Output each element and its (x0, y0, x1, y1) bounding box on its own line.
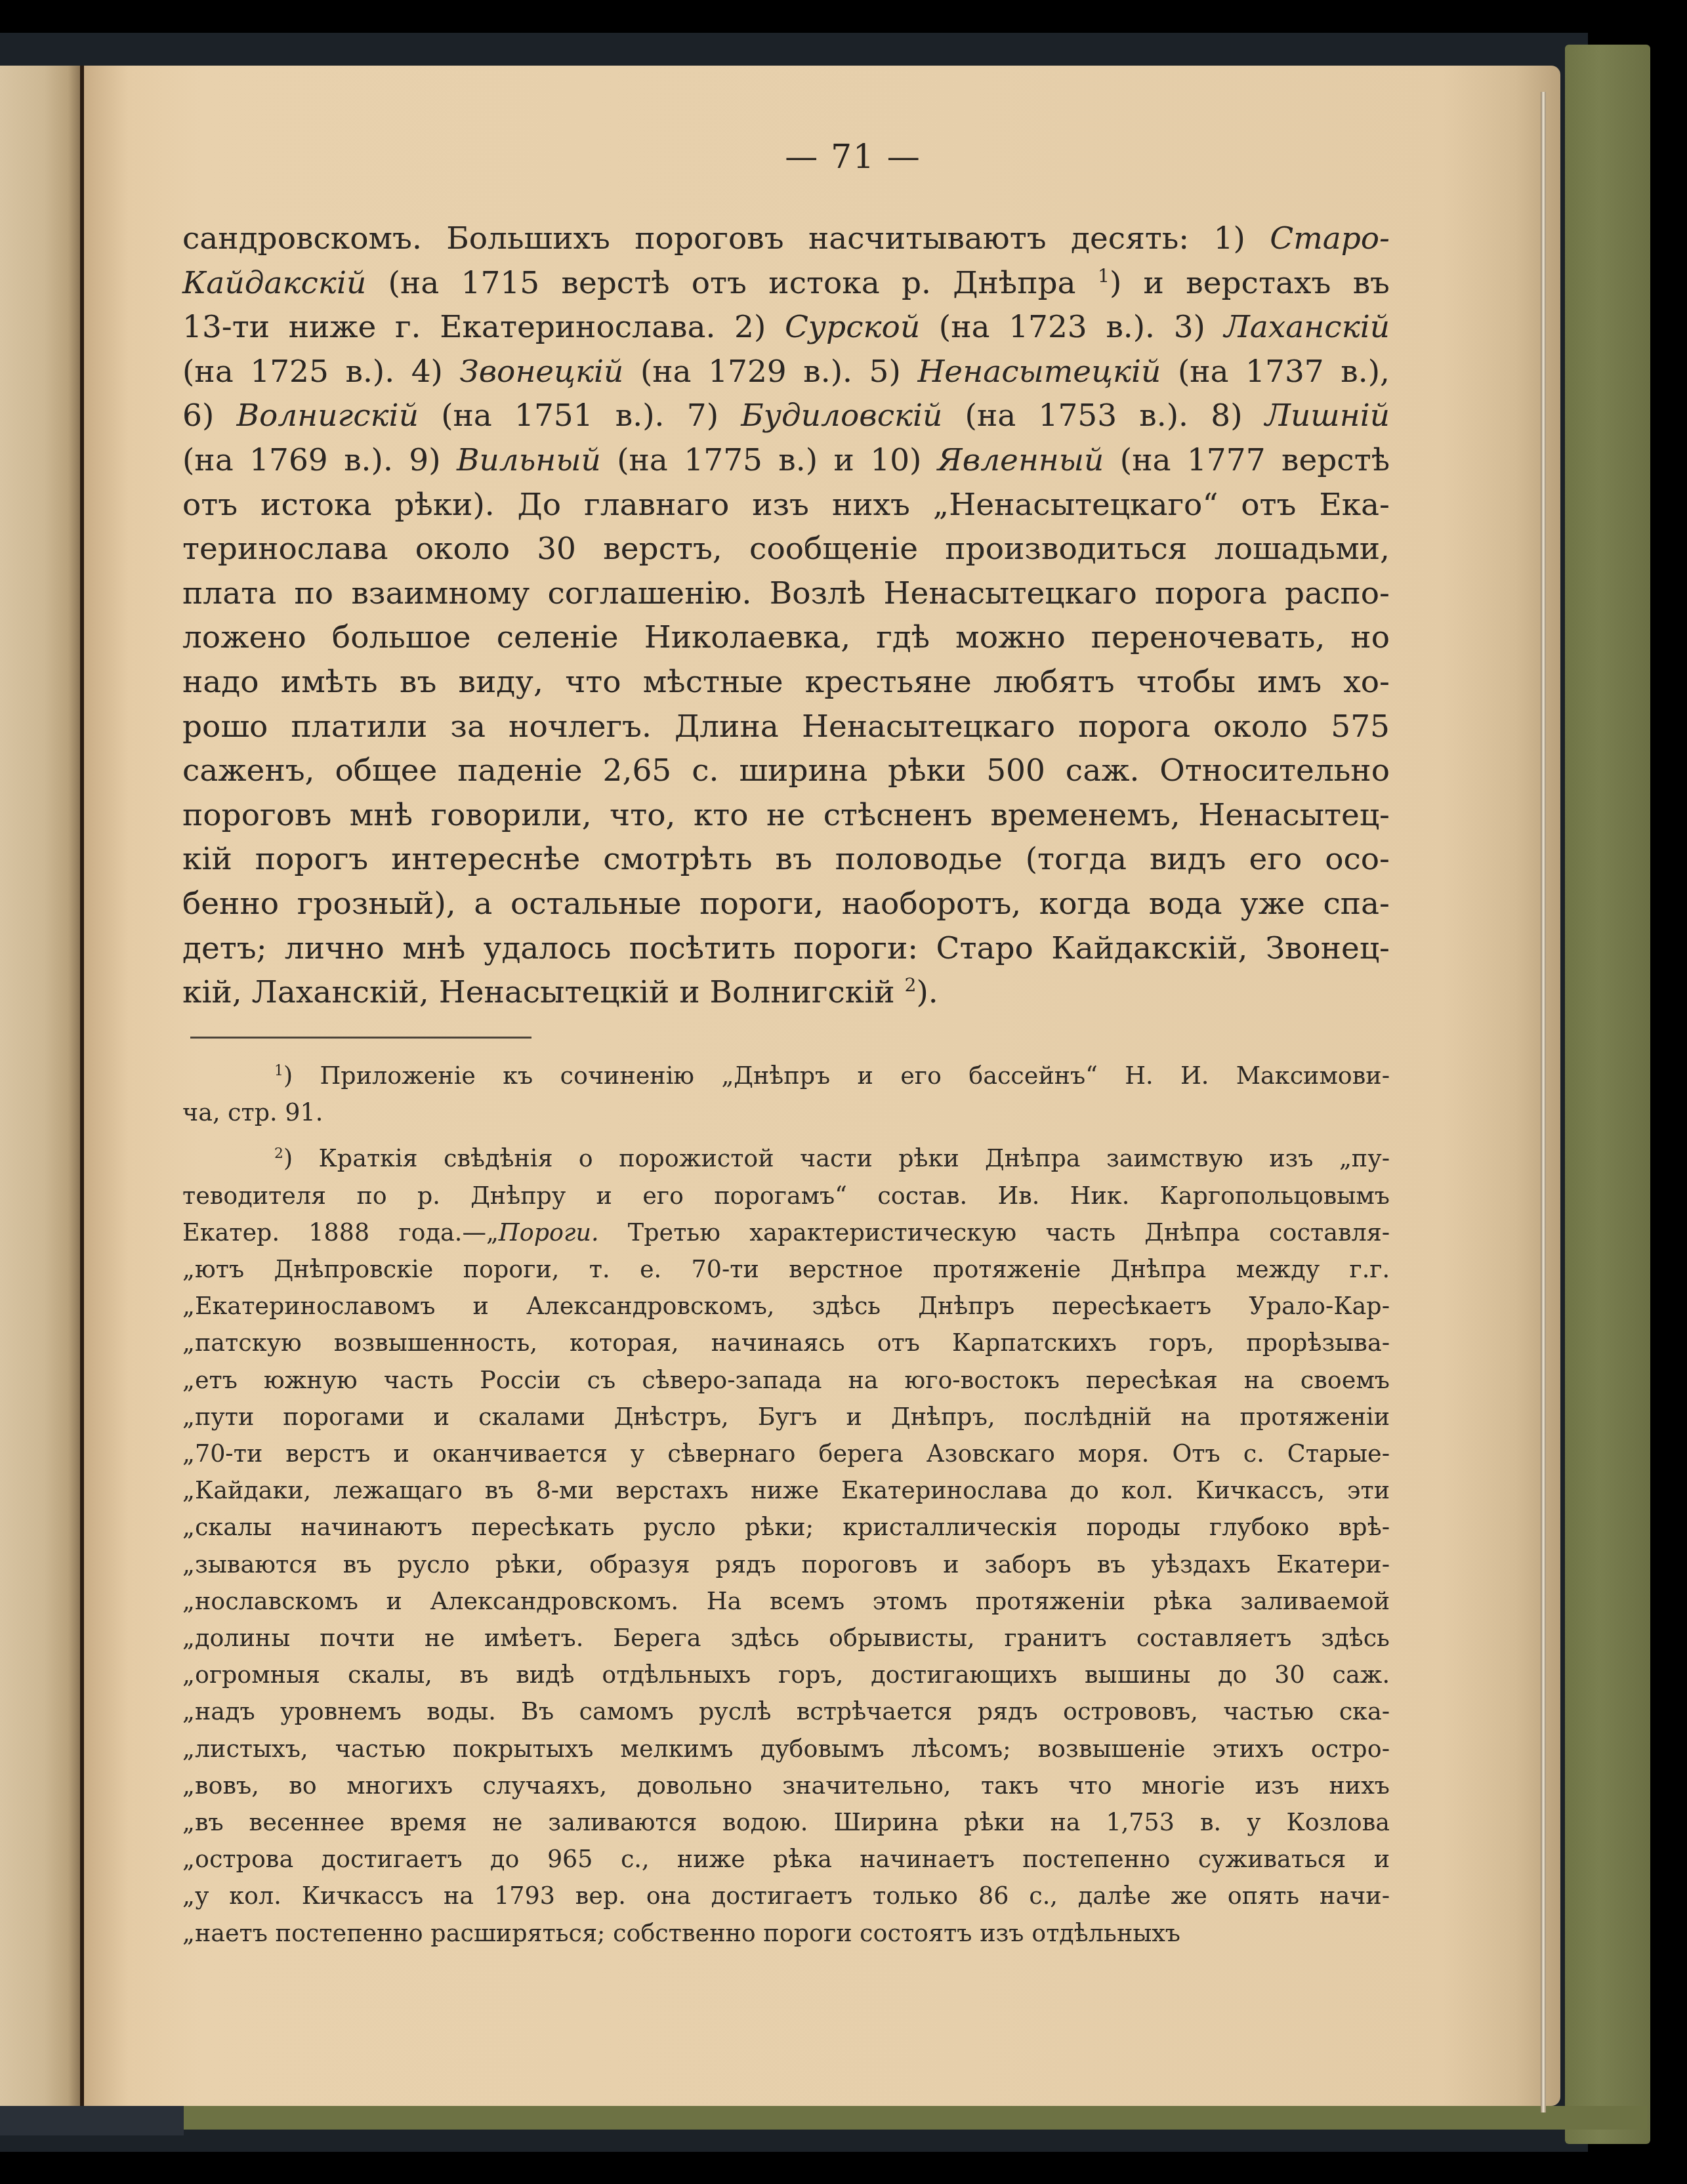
text-run: „вовъ, во многихъ случаяхъ, довольно зна… (182, 1771, 1390, 1800)
text-run: пороговъ мнѣ говорили, что, кто не стѣсн… (182, 797, 1390, 833)
text-run: ) Приложеніе къ сочиненію „Днѣпръ и его … (283, 1061, 1390, 1090)
text-run: теводителя по р. Днѣпру и его порогамъ“ … (182, 1182, 1390, 1210)
text-line: саженъ, общее паденіе 2,65 с. ширина рѣк… (182, 749, 1390, 793)
text-run: „патскую возвышенность, которая, начиная… (182, 1329, 1390, 1357)
text-run: (на 1725 в.). 4) (182, 354, 459, 390)
footnote-line: „нославскомъ и Александровскомъ. На всем… (182, 1583, 1390, 1620)
text-run: „наетъ постепенно расширяться; собственн… (182, 1919, 1180, 1947)
text-run: кій порогъ интереснѣе смотрѣть въ полово… (182, 841, 1390, 877)
text-line: 6) Волнигскій (на 1751 в.). 7) Будиловск… (182, 394, 1390, 438)
text-run: плата по взаимному соглашенію. Возлѣ Нен… (182, 575, 1390, 611)
italic-term: Будиловскій (741, 398, 942, 434)
text-run: „долины почти не имѣетъ. Берега здѣсь об… (182, 1624, 1390, 1652)
text-run: „у кол. Кичкассъ на 1793 вер. она достиг… (182, 1882, 1390, 1910)
footnote-line: „вовъ, во многихъ случаяхъ, довольно зна… (182, 1767, 1390, 1804)
text-run: „нославскомъ и Александровскомъ. На всем… (182, 1587, 1390, 1615)
footnote-line: ча, стр. 91. (182, 1094, 1390, 1131)
text-run: „въ весеннее время не заливаются водою. … (182, 1808, 1390, 1836)
text-run: рошо платили за ночлегъ. Длина Ненасытец… (182, 709, 1390, 745)
text-run: „острова достигаетъ до 965 с., ниже рѣка… (182, 1845, 1390, 1873)
text-run: „етъ южную часть Россіи съ сѣверо-запада… (182, 1366, 1390, 1394)
text-line: надо имѣть въ виду, что мѣстные крестьян… (182, 660, 1390, 705)
text-run: Екатер. 1888 года.—„ (182, 1218, 499, 1247)
text-line: бенно грозный), а остальные пороги, наоб… (182, 882, 1390, 926)
footnote-line: 2) Краткія свѣдѣнія о порожистой части р… (274, 1140, 1390, 1177)
text-line: сандровскомъ. Большихъ пороговъ насчитыв… (182, 216, 1390, 261)
text-run: 6) (182, 398, 236, 434)
footnote-marker: 2 (274, 1145, 283, 1162)
text-run: (на 1775 в.) и 10) (601, 442, 938, 478)
footnote-line: теводителя по р. Днѣпру и его порогамъ“ … (182, 1178, 1390, 1214)
italic-term: Пороги. (499, 1218, 599, 1247)
italic-term: Ненасытецкій (917, 354, 1161, 390)
text-run: „Екатеринославомъ и Александровскомъ, зд… (182, 1292, 1390, 1320)
text-line: рошо платили за ночлегъ. Длина Ненасытец… (182, 705, 1390, 749)
text-run: (на 1753 в.). 8) (942, 398, 1264, 434)
text-run: „надъ уровнемъ воды. Въ самомъ руслѣ вст… (182, 1697, 1390, 1725)
footnote-marker: 2 (904, 975, 916, 997)
text-line: плата по взаимному соглашенію. Возлѣ Нен… (182, 571, 1390, 616)
text-run: „Кайдаки, лежащаго въ 8-ми верстахъ ниже… (182, 1476, 1390, 1504)
text-run: саженъ, общее паденіе 2,65 с. ширина рѣк… (182, 752, 1390, 789)
footnote-line: „70-ти верстъ и оканчивается у сѣвернаго… (182, 1435, 1390, 1472)
italic-term: Звонецкій (459, 354, 623, 390)
footnote-line: „въ весеннее время не заливаются водою. … (182, 1804, 1390, 1841)
footnote-line: „наетъ постепенно расширяться; собственн… (182, 1915, 1390, 1952)
text-line: (на 1769 в.). 9) Вильный (на 1775 в.) и … (182, 438, 1390, 483)
page-content: — 71 — сандровскомъ. Большихъ пороговъ н… (0, 0, 1687, 2184)
text-line: ложено большое селеніе Николаевка, гдѣ м… (182, 615, 1390, 660)
text-line: 13-ти ниже г. Екатеринослава. 2) Сурской… (182, 305, 1390, 350)
text-line: пороговъ мнѣ говорили, что, кто не стѣсн… (182, 793, 1390, 838)
footnote-marker: 1 (1098, 265, 1110, 287)
text-run: (на 1737 в.), (1161, 354, 1390, 390)
italic-term: Волнигскій (236, 398, 418, 434)
footnote-line: „надъ уровнемъ воды. Въ самомъ руслѣ вст… (182, 1693, 1390, 1730)
text-run: (на 1769 в.). 9) (182, 442, 457, 478)
italic-term: Лаханскій (1224, 309, 1390, 345)
text-run: „ютъ Днѣпровскіе пороги, т. е. 70-ти вер… (182, 1255, 1390, 1283)
text-run: теринослава около 30 верстъ, сообщеніе п… (182, 531, 1390, 567)
text-run: „огромныя скалы, въ видѣ отдѣльныхъ горъ… (182, 1660, 1390, 1689)
footnote-line: „скалы начинаютъ пересѣкать русло рѣки; … (182, 1509, 1390, 1546)
footnote-line: „долины почти не имѣетъ. Берега здѣсь об… (182, 1620, 1390, 1657)
text-run: ложено большое селеніе Николаевка, гдѣ м… (182, 619, 1390, 655)
text-line: теринослава около 30 верстъ, сообщеніе п… (182, 527, 1390, 571)
text-run: ) Краткія свѣдѣнія о порожистой части рѣ… (283, 1144, 1390, 1172)
italic-term: Явленный (938, 442, 1104, 478)
text-run: кій, Лаханскій, Ненасытецкій и Волнигскі… (182, 974, 904, 1010)
footnote-line: „етъ южную часть Россіи съ сѣверо-запада… (182, 1362, 1390, 1399)
footnote-marker: 1 (274, 1063, 283, 1079)
text-line: (на 1725 в.). 4) Звонецкій (на 1729 в.).… (182, 350, 1390, 394)
text-run: „листыхъ, частью покрытыхъ мелкимъ дубов… (182, 1735, 1390, 1763)
footnote-line: „патскую возвышенность, которая, начиная… (182, 1325, 1390, 1361)
footnote-line: „Кайдаки, лежащаго въ 8-ми верстахъ ниже… (182, 1472, 1390, 1509)
text-run: 13-ти ниже г. Екатеринослава. 2) (182, 309, 785, 345)
text-run: „скалы начинаютъ пересѣкать русло рѣки; … (182, 1513, 1390, 1541)
italic-term: Кайдакскій (182, 265, 366, 301)
text-line: кій порогъ интереснѣе смотрѣть въ полово… (182, 837, 1390, 882)
italic-term: Старо- (1270, 220, 1390, 257)
italic-term: Вильный (457, 442, 601, 478)
text-run: (на 1723 в.). 3) (920, 309, 1224, 345)
text-run: „пути порогами и скалами Днѣстръ, Бугъ и… (182, 1403, 1390, 1431)
italic-term: Лишній (1265, 398, 1390, 434)
footnote-line: „у кол. Кичкассъ на 1793 вер. она достиг… (182, 1878, 1390, 1914)
footnote-line: „пути порогами и скалами Днѣстръ, Бугъ и… (182, 1399, 1390, 1435)
footnote-line: 1) Приложеніе къ сочиненію „Днѣпръ и его… (274, 1058, 1390, 1094)
text-run: детъ; лично мнѣ удалось посѣтить пороги:… (182, 930, 1390, 966)
page-number: — 71 — (656, 138, 1050, 176)
text-run: надо имѣть въ виду, что мѣстные крестьян… (182, 664, 1390, 700)
text-run: ) и верстахъ въ (1110, 265, 1390, 301)
text-line: Кайдакскій (на 1715 верстѣ отъ истока р.… (182, 261, 1390, 306)
footnote-line: „Екатеринославомъ и Александровскомъ, зд… (182, 1288, 1390, 1325)
text-run: ). (916, 974, 938, 1010)
footnote-line: „зываются въ русло рѣки, образуя рядъ по… (182, 1546, 1390, 1583)
footnote-line: „огромныя скалы, въ видѣ отдѣльныхъ горъ… (182, 1657, 1390, 1693)
text-run: отъ истока рѣки). До главнаго изъ нихъ „… (182, 487, 1390, 523)
footnote-line: „ютъ Днѣпровскіе пороги, т. е. 70-ти вер… (182, 1251, 1390, 1288)
text-run: (на 1777 верстѣ (1104, 442, 1390, 478)
text-line: детъ; лично мнѣ удалось посѣтить пороги:… (182, 926, 1390, 971)
text-run: (на 1751 в.). 7) (419, 398, 741, 434)
text-run: (на 1715 верстѣ отъ истока р. Днѣпра (366, 265, 1098, 301)
footnote-divider (190, 1037, 531, 1039)
footnote-line: Екатер. 1888 года.—„Пороги. Третью харак… (182, 1214, 1390, 1251)
text-line: кій, Лаханскій, Ненасытецкій и Волнигскі… (182, 970, 1390, 1015)
text-run: сандровскомъ. Большихъ пороговъ насчитыв… (182, 220, 1270, 257)
text-line: отъ истока рѣки). До главнаго изъ нихъ „… (182, 483, 1390, 527)
text-run: Третью характеристическую часть Днѣпра с… (599, 1218, 1390, 1247)
text-run: бенно грозный), а остальные пороги, наоб… (182, 886, 1390, 922)
text-run: ча, стр. 91. (182, 1098, 323, 1126)
text-run: „70-ти верстъ и оканчивается у сѣвернаго… (182, 1439, 1390, 1468)
text-run: „зываются въ русло рѣки, образуя рядъ по… (182, 1550, 1390, 1578)
text-run: (на 1729 в.). 5) (623, 354, 917, 390)
footnote-line: „листыхъ, частью покрытыхъ мелкимъ дубов… (182, 1731, 1390, 1767)
footnote-line: „острова достигаетъ до 965 с., ниже рѣка… (182, 1841, 1390, 1878)
italic-term: Сурской (785, 309, 920, 345)
